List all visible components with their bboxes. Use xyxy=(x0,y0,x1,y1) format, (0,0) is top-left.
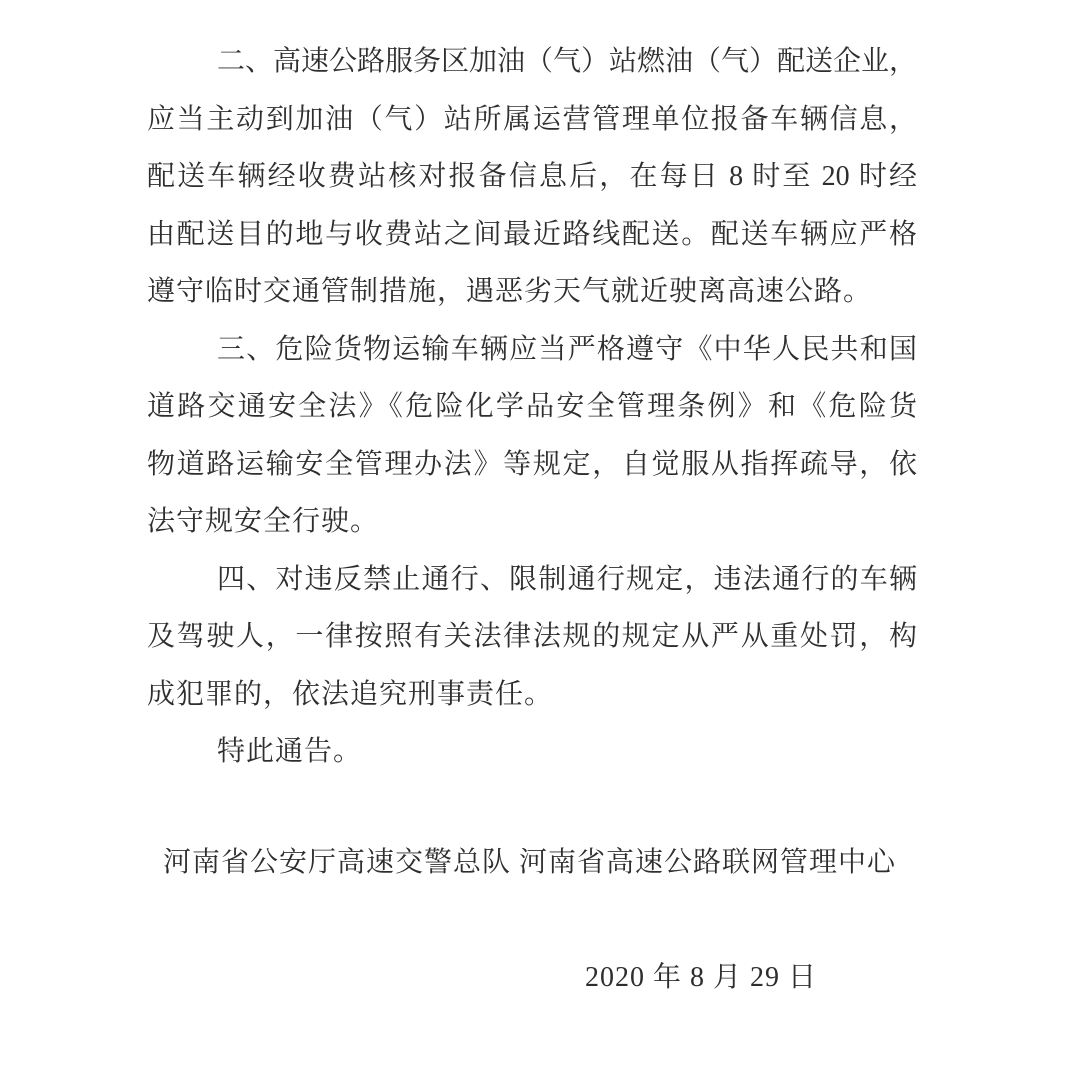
doc-line: 由配送目的地与收费站之间最近路线配送。配送车辆应严格 xyxy=(147,206,917,264)
doc-line: 物道路运输安全管理办法》等规定，自觉服从指挥疏导，依 xyxy=(147,436,917,494)
doc-line: 三、危险货物运输车辆应当严格遵守《中华人民共和国 xyxy=(147,321,917,379)
document-body: 二、高速公路服务区加油（气）站燃油（气）配送企业， 应当主动到加油（气）站所属运… xyxy=(147,33,917,1006)
date-line: 2020 年 8 月 29 日 xyxy=(147,949,917,1007)
doc-line: 及驾驶人，一律按照有关法律法规的规定从严从重处罚，构 xyxy=(147,608,917,666)
doc-line: 应当主动到加油（气）站所属运营管理单位报备车辆信息， xyxy=(147,91,917,149)
doc-line: 二、高速公路服务区加油（气）站燃油（气）配送企业， xyxy=(147,33,917,91)
doc-line: 成犯罪的，依法追究刑事责任。 xyxy=(147,666,917,724)
signature-line: 河南省公安厅高速交警总队 河南省高速公路联网管理中心 xyxy=(147,834,917,892)
doc-line: 遵守临时交通管制措施，遇恶劣天气就近驶离高速公路。 xyxy=(147,263,917,321)
document-page: 二、高速公路服务区加油（气）站燃油（气）配送企业， 应当主动到加油（气）站所属运… xyxy=(0,0,1080,1069)
doc-line: 道路交通安全法》《危险化学品安全管理条例》和《危险货 xyxy=(147,378,917,436)
doc-line: 法守规安全行驶。 xyxy=(147,493,917,551)
doc-line: 四、对违反禁止通行、限制通行规定，违法通行的车辆 xyxy=(147,551,917,609)
doc-line: 配送车辆经收费站核对报备信息后，在每日 8 时至 20 时经 xyxy=(147,148,917,206)
doc-line: 特此通告。 xyxy=(147,723,917,781)
